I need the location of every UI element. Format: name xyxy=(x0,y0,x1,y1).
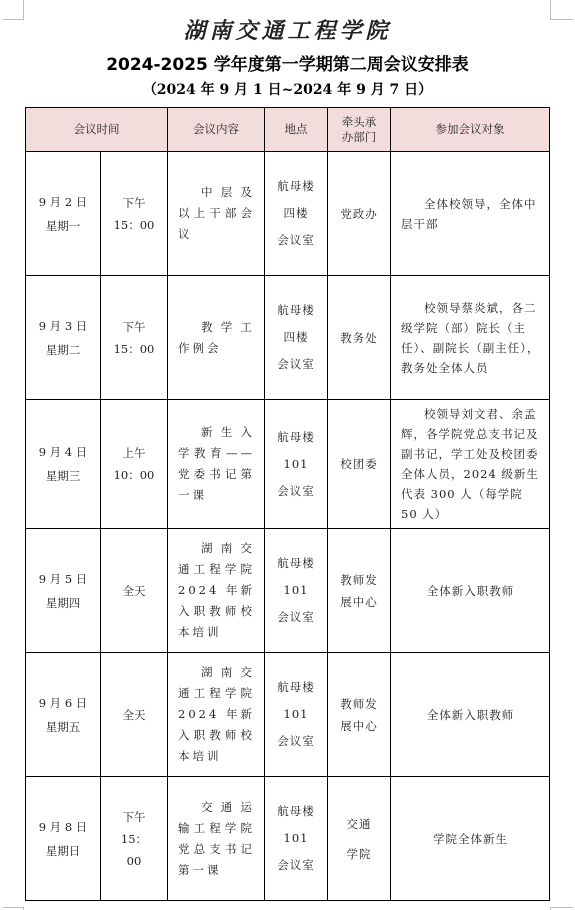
cell-dept: 校团委 xyxy=(328,400,391,529)
date-text: 9 月 5 日 xyxy=(26,567,100,591)
place-room-number: 101 xyxy=(265,825,327,852)
cell-dept: 教务处 xyxy=(328,276,391,400)
place-room: 会议室 xyxy=(265,604,327,631)
cell-place: 航母楼 101 会议室 xyxy=(265,529,328,653)
cell-dept: 交通 学院 xyxy=(328,777,391,901)
attendees-text: 学院全体新生 xyxy=(433,832,508,846)
header-dept-line1: 牵头承 xyxy=(328,115,390,130)
content-text: 湖南交通工程学院 2024 年新入职教师校本培训 xyxy=(178,538,255,643)
weekday-text: 星期三 xyxy=(26,464,100,488)
cell-date: 9 月 2 日 星期一 xyxy=(26,152,101,276)
cell-content: 湖南交通工程学院 2024 年新入职教师校本培训 xyxy=(168,529,265,653)
cell-content: 湖南交通工程学院 2024 年新入职教师校本培训 xyxy=(168,653,265,777)
content-text: 中层及以上干部会议 xyxy=(178,182,255,245)
dept-text: 教务处 xyxy=(328,327,390,349)
cell-content: 新生入学教育——党委书记第一课 xyxy=(168,400,265,529)
cell-place: 航母楼 四楼 会议室 xyxy=(265,152,328,276)
cell-place: 航母楼 四楼 会议室 xyxy=(265,276,328,400)
place-building: 航母楼 xyxy=(265,424,327,451)
time-clock: 10：00 xyxy=(101,464,167,486)
place-building: 航母楼 xyxy=(265,674,327,701)
place-room: 会议室 xyxy=(265,852,327,879)
place-room: 会议室 xyxy=(265,478,327,505)
time-period: 下午 xyxy=(101,316,167,338)
attendees-text: 校领导刘文君、余孟辉，各学院党总支书记及副书记，学工处及校团委全体人员，2024… xyxy=(401,404,540,524)
cell-attendees: 全体新入职教师 xyxy=(391,529,550,653)
place-room: 会议室 xyxy=(265,351,327,378)
table-row: 9 月 4 日 星期三 上午 10：00 新生入学教育——党委书记第一课 航母楼… xyxy=(26,400,550,529)
cell-attendees: 校领导刘文君、余孟辉，各学院党总支书记及副书记，学工处及校团委全体人员，2024… xyxy=(391,400,550,529)
time-clock-minute: 00 xyxy=(101,850,167,872)
cell-attendees: 校领导蔡炎斌，各二级学院（部）院长（主任）、副院长（副主任），教务处全体人员 xyxy=(391,276,550,400)
time-period: 全天 xyxy=(101,704,167,726)
table-row: 9 月 6 日 星期五 全天 湖南交通工程学院 2024 年新入职教师校本培训 … xyxy=(26,653,550,777)
date-text: 9 月 3 日 xyxy=(26,314,100,338)
time-period: 下午 xyxy=(101,192,167,214)
place-building: 航母楼 xyxy=(265,173,327,200)
cell-attendees: 全体校领导，全体中层干部 xyxy=(391,152,550,276)
content-text: 教学工作例会 xyxy=(178,317,255,359)
cell-time: 下午 15： 00 xyxy=(101,777,168,901)
content-text: 交通运输工程学院党总支书记第一课 xyxy=(178,797,255,881)
school-name: 湖南交通工程学院 xyxy=(0,14,575,45)
document-date-range: （2024 年 9 月 1 日~2024 年 9 月 7 日） xyxy=(0,79,575,99)
header-attendees: 参加会议对象 xyxy=(391,108,550,152)
cell-dept: 教师发 展中心 xyxy=(328,653,391,777)
cell-date: 9 月 4 日 星期三 xyxy=(26,400,101,529)
attendees-text: 全体校领导，全体中层干部 xyxy=(401,194,540,234)
cell-time: 下午 15：00 xyxy=(101,276,168,400)
cell-place: 航母楼 101 会议室 xyxy=(265,777,328,901)
time-period: 下午 xyxy=(101,806,167,828)
time-period: 上午 xyxy=(101,442,167,464)
date-text: 9 月 4 日 xyxy=(26,440,100,464)
header-meeting-time: 会议时间 xyxy=(26,108,168,152)
cell-time: 全天 xyxy=(101,653,168,777)
attendees-text: 全体新入职教师 xyxy=(427,708,515,722)
weekday-text: 星期四 xyxy=(26,591,100,615)
dept-text: 党政办 xyxy=(328,203,390,225)
time-clock: 15：00 xyxy=(101,338,167,360)
date-text: 9 月 2 日 xyxy=(26,190,100,214)
dept-text-line1: 交通 xyxy=(328,809,390,839)
cell-dept: 党政办 xyxy=(328,152,391,276)
weekday-text: 星期二 xyxy=(26,338,100,362)
dept-text-line1: 教师发 xyxy=(328,693,390,715)
place-floor: 四楼 xyxy=(265,200,327,227)
cell-time: 全天 xyxy=(101,529,168,653)
table-row: 9 月 8 日 星期日 下午 15： 00 交通运输工程学院党总支书记第一课 航… xyxy=(26,777,550,901)
cell-date: 9 月 6 日 星期五 xyxy=(26,653,101,777)
meeting-schedule-table: 会议时间 会议内容 地点 牵头承 办部门 参加会议对象 9 月 2 日 星期一 … xyxy=(25,107,550,901)
document-title: 2024-2025 学年度第一学期第二周会议安排表 xyxy=(0,50,575,75)
table-row: 9 月 5 日 星期四 全天 湖南交通工程学院 2024 年新入职教师校本培训 … xyxy=(26,529,550,653)
cell-date: 9 月 8 日 星期日 xyxy=(26,777,101,901)
weekday-text: 星期日 xyxy=(26,839,100,863)
cell-attendees: 学院全体新生 xyxy=(391,777,550,901)
cell-place: 航母楼 101 会议室 xyxy=(265,653,328,777)
cell-content: 交通运输工程学院党总支书记第一课 xyxy=(168,777,265,901)
place-room-number: 101 xyxy=(265,577,327,604)
cell-content: 中层及以上干部会议 xyxy=(168,152,265,276)
dept-text-line1: 教师发 xyxy=(328,569,390,591)
weekday-text: 星期五 xyxy=(26,715,100,739)
time-period: 全天 xyxy=(101,580,167,602)
place-building: 航母楼 xyxy=(265,550,327,577)
cell-content: 教学工作例会 xyxy=(168,276,265,400)
cell-attendees: 全体新入职教师 xyxy=(391,653,550,777)
place-room-number: 101 xyxy=(265,451,327,478)
table-row: 9 月 3 日 星期二 下午 15：00 教学工作例会 航母楼 四楼 会议室 教… xyxy=(26,276,550,400)
dept-text-line2: 展中心 xyxy=(328,591,390,613)
header-organizing-dept: 牵头承 办部门 xyxy=(328,108,391,152)
place-floor: 四楼 xyxy=(265,324,327,351)
cell-time: 下午 15：00 xyxy=(101,152,168,276)
attendees-text: 全体新入职教师 xyxy=(427,584,515,598)
table-header-row: 会议时间 会议内容 地点 牵头承 办部门 参加会议对象 xyxy=(26,108,550,152)
cell-date: 9 月 3 日 星期二 xyxy=(26,276,101,400)
dept-text-line2: 学院 xyxy=(328,839,390,869)
weekday-text: 星期一 xyxy=(26,214,100,238)
table-row: 9 月 2 日 星期一 下午 15：00 中层及以上干部会议 航母楼 四楼 会议… xyxy=(26,152,550,276)
date-text: 9 月 8 日 xyxy=(26,815,100,839)
header-place: 地点 xyxy=(265,108,328,152)
attendees-text: 校领导蔡炎斌，各二级学院（部）院长（主任）、副院长（副主任），教务处全体人员 xyxy=(401,298,540,378)
place-building: 航母楼 xyxy=(265,798,327,825)
content-text: 湖南交通工程学院 2024 年新入职教师校本培训 xyxy=(178,662,255,767)
dept-text-line2: 展中心 xyxy=(328,715,390,737)
content-text: 新生入学教育——党委书记第一课 xyxy=(178,422,255,506)
dept-text: 校团委 xyxy=(328,453,390,475)
cell-place: 航母楼 101 会议室 xyxy=(265,400,328,529)
cell-date: 9 月 5 日 星期四 xyxy=(26,529,101,653)
place-room: 会议室 xyxy=(265,227,327,254)
place-building: 航母楼 xyxy=(265,297,327,324)
header-meeting-content: 会议内容 xyxy=(168,108,265,152)
place-room: 会议室 xyxy=(265,728,327,755)
cell-dept: 教师发 展中心 xyxy=(328,529,391,653)
header-dept-line2: 办部门 xyxy=(328,130,390,145)
time-clock-hour: 15： xyxy=(101,828,167,850)
place-room-number: 101 xyxy=(265,701,327,728)
cell-time: 上午 10：00 xyxy=(101,400,168,529)
date-text: 9 月 6 日 xyxy=(26,691,100,715)
time-clock: 15：00 xyxy=(101,214,167,236)
